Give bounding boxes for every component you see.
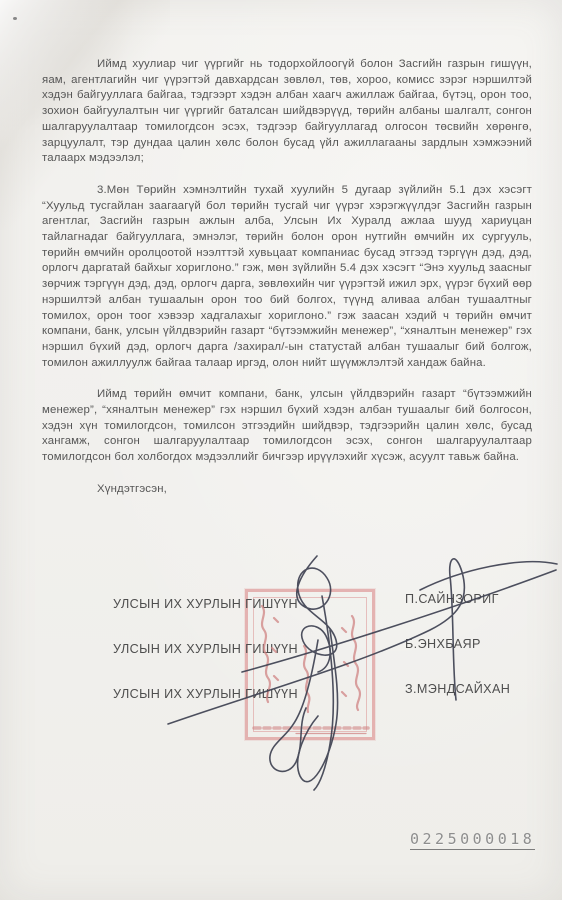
signatory-name-2: Б.ЭНХБАЯР	[405, 637, 481, 651]
signatory-name-1: П.САЙНЗОРИГ	[405, 592, 499, 606]
signatory-title-2: УЛСЫН ИХ ХУРЛЫН ГИШҮҮН	[113, 642, 298, 656]
scanned-letter-page: Иймд хуулиар чиг үүргийг нь тодорхойлоог…	[0, 0, 562, 900]
ink-speck	[13, 17, 17, 20]
paragraph-2: 3.Мөн Төрийн хэмнэлтийн тухай хуулийн 5 …	[42, 183, 532, 371]
signatory-title-3: УЛСЫН ИХ ХУРЛЫН ГИШҮҮН	[113, 687, 298, 701]
signatory-title-1: УЛСЫН ИХ ХУРЛЫН ГИШҮҮН	[113, 597, 298, 611]
serial-number: 0225000018	[410, 830, 535, 850]
paragraph-3: Иймд төрийн өмчит компани, банк, улсын ү…	[42, 387, 532, 466]
paragraph-1: Иймд хуулиар чиг үүргийг нь тодорхойлоог…	[42, 57, 532, 167]
official-stamp	[245, 589, 375, 740]
closing-salutation: Хүндэтгэсэн,	[42, 482, 532, 498]
letter-body: Иймд хуулиар чиг үүргийг нь тодорхойлоог…	[42, 57, 532, 498]
signatory-name-3: З.МЭНДСАЙХАН	[405, 682, 510, 696]
